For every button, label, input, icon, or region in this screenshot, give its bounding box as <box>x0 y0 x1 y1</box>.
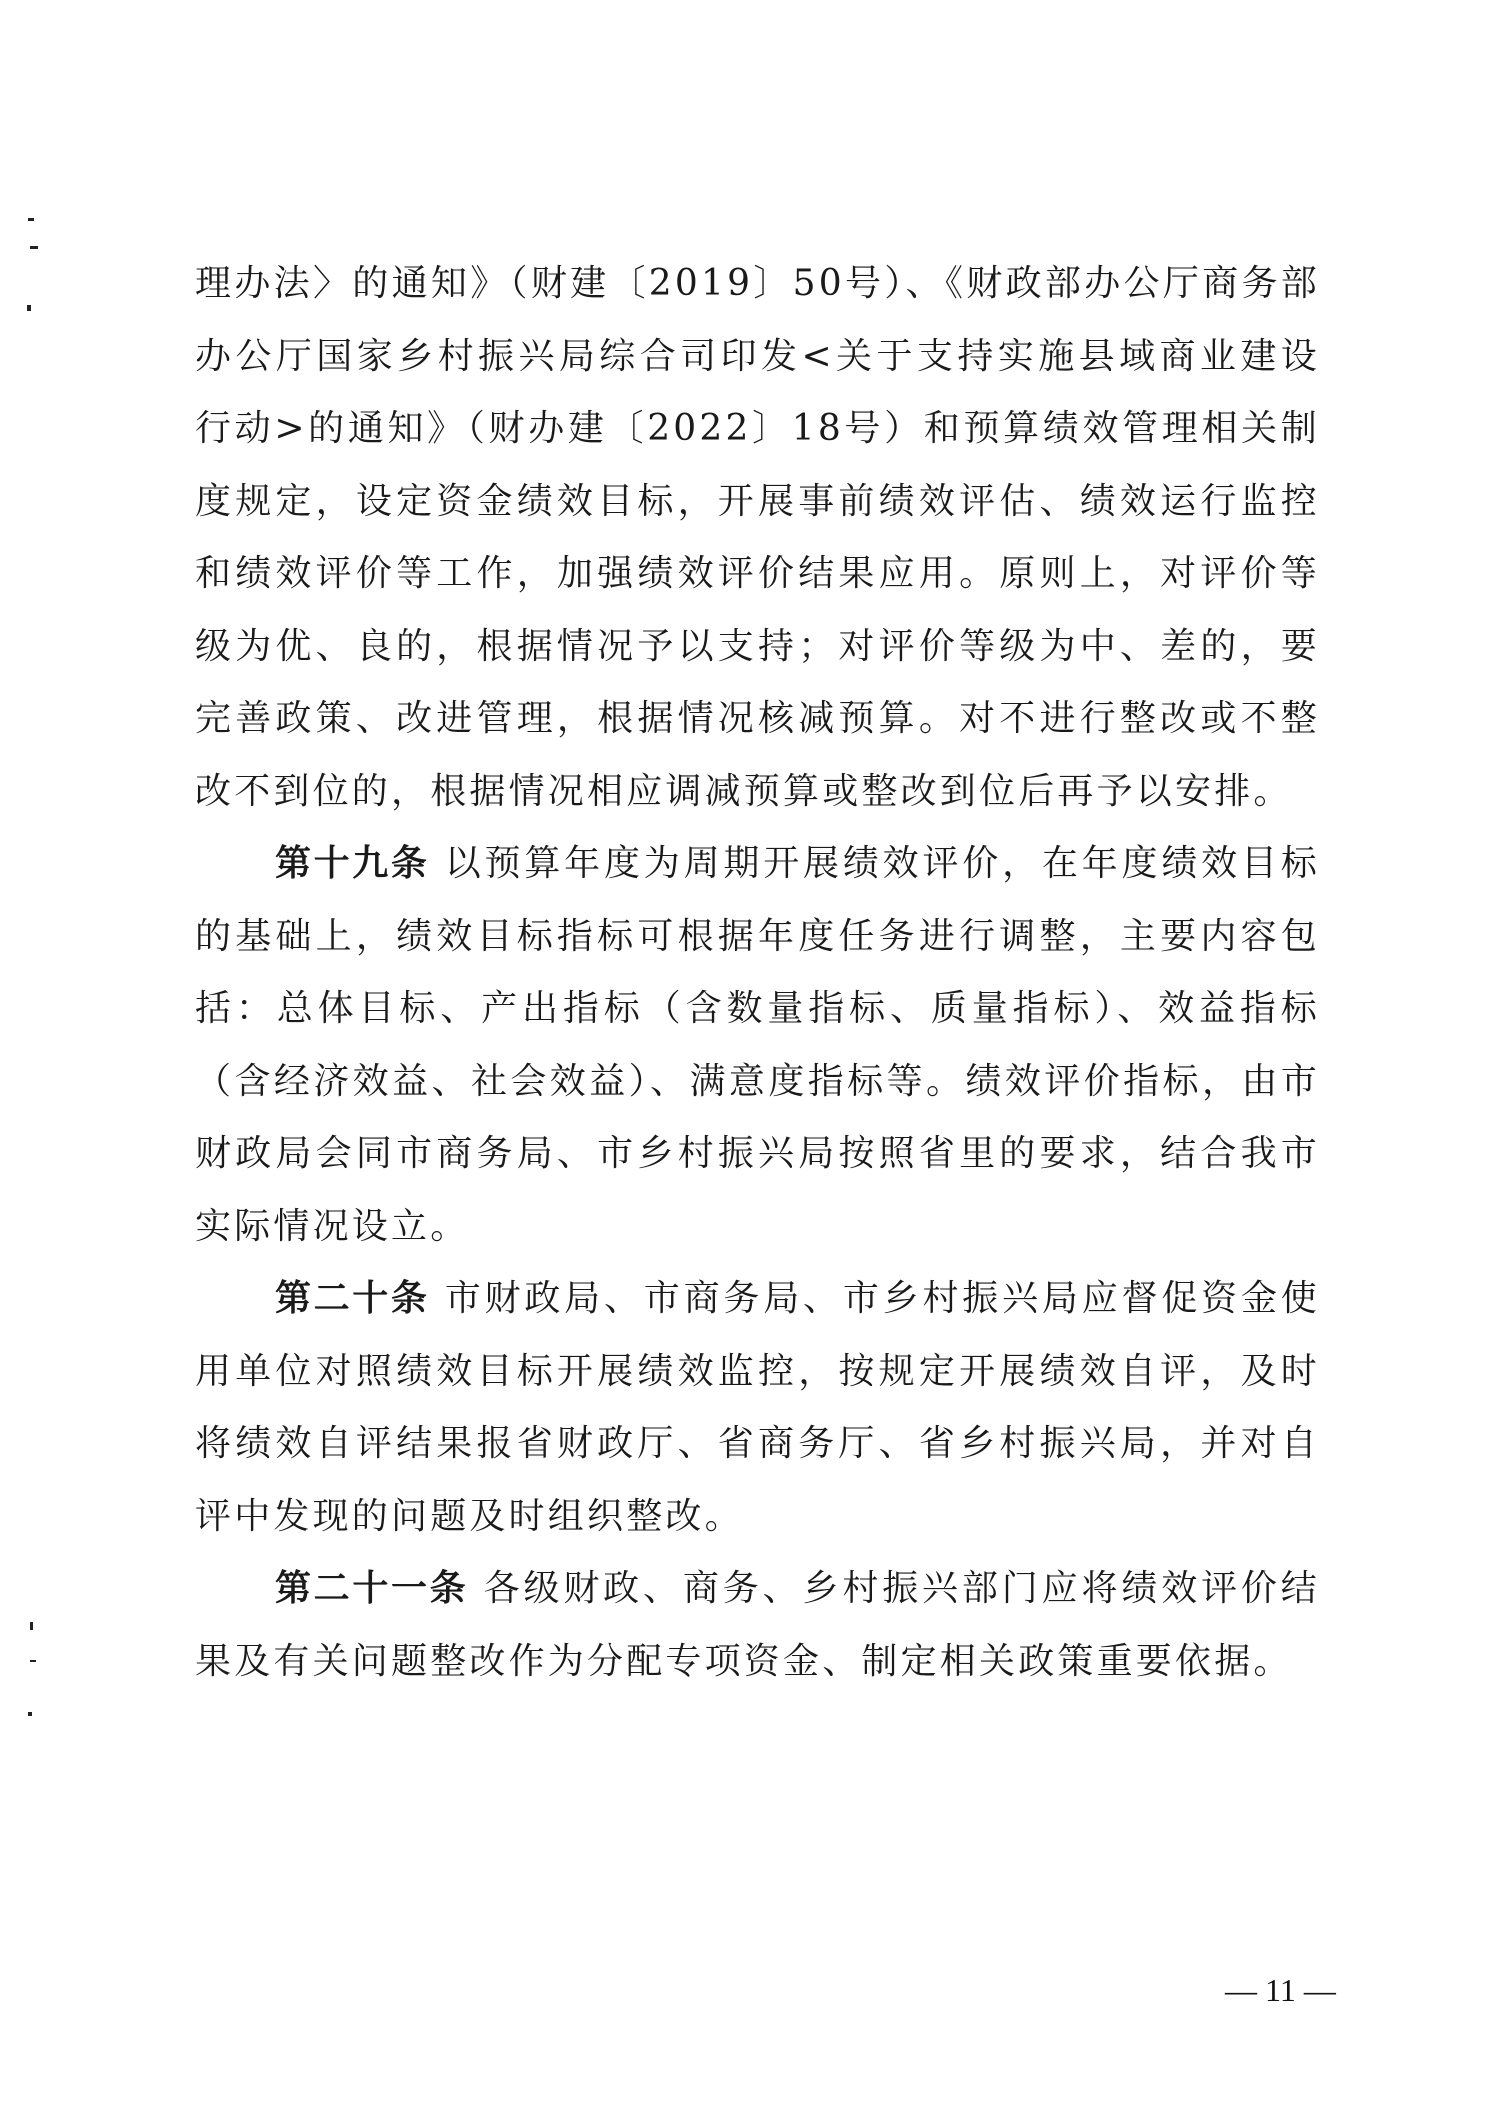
scan-mark <box>30 1622 33 1630</box>
document-body: 理办法〉的通知》（财建〔2019〕50号）、《财政部办公厅商务部办公厅国家乡村振… <box>195 248 1320 1698</box>
scan-mark <box>28 218 34 221</box>
article-heading: 第二十一条 <box>275 1568 468 1609</box>
paragraph-continuation: 理办法〉的通知》（财建〔2019〕50号）、《财政部办公厅商务部办公厅国家乡村振… <box>195 248 1320 828</box>
page-number: — 11 — <box>1225 1972 1336 2009</box>
scan-mark <box>27 305 31 311</box>
article-heading: 第二十条 <box>275 1278 429 1319</box>
article-20: 第二十条 市财政局、市商务局、市乡村振兴局应督促资金使用单位对照绩效目标开展绩效… <box>195 1263 1320 1553</box>
scan-mark <box>30 1660 36 1662</box>
article-21: 第二十一条 各级财政、商务、乡村振兴部门应将绩效评价结果及有关问题整改作为分配专… <box>195 1553 1320 1698</box>
paragraph-text: 理办法〉的通知》（财建〔2019〕50号）、《财政部办公厅商务部办公厅国家乡村振… <box>195 263 1320 812</box>
scan-mark <box>30 246 38 249</box>
paragraph-text: 以预算年度为周期开展绩效评价，在年度绩效目标的基础上，绩效目标指标可根据年度任务… <box>195 843 1320 1247</box>
scan-mark <box>28 1712 32 1716</box>
document-page: 理办法〉的通知》（财建〔2019〕50号）、《财政部办公厅商务部办公厅国家乡村振… <box>0 0 1487 2102</box>
article-19: 第十九条 以预算年度为周期开展绩效评价，在年度绩效目标的基础上，绩效目标指标可根… <box>195 828 1320 1263</box>
article-heading: 第十九条 <box>275 843 429 884</box>
